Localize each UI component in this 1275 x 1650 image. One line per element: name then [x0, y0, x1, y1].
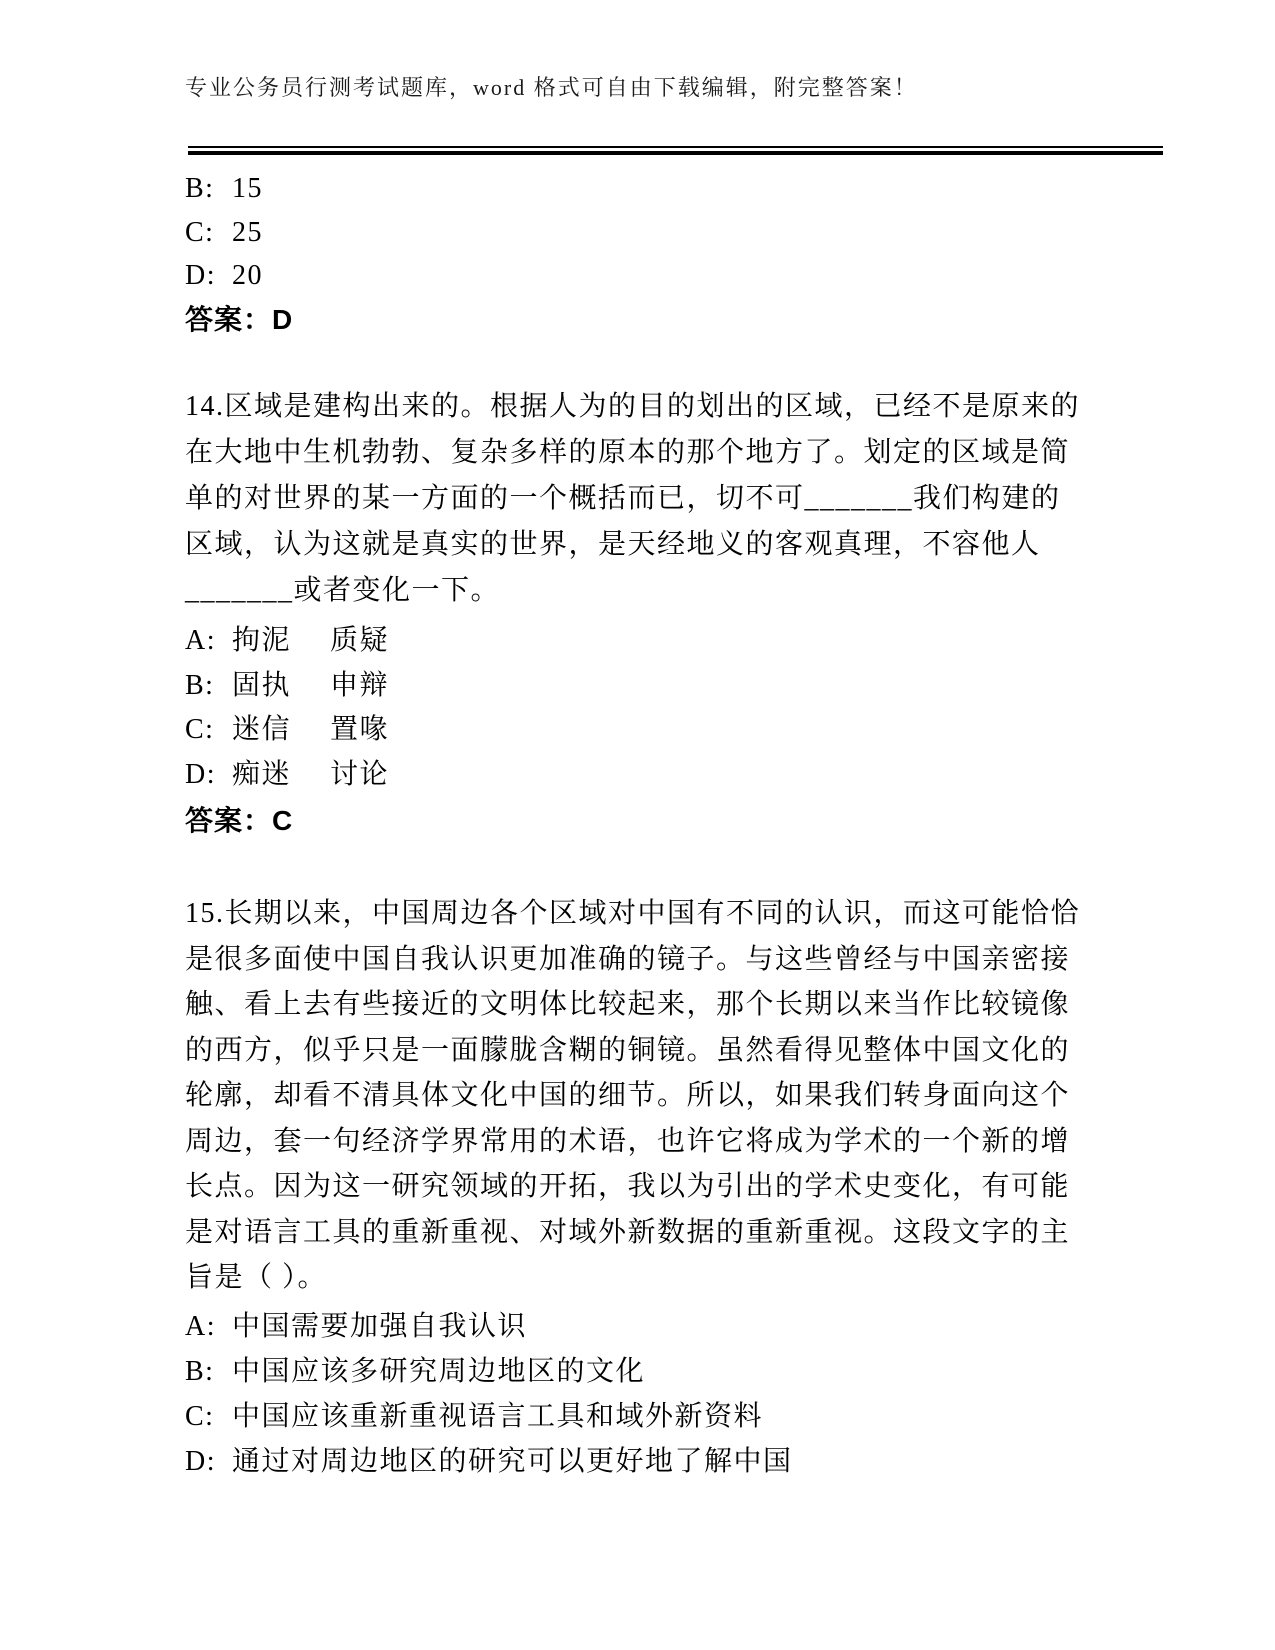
header-divider-rule: [188, 146, 1163, 155]
option-row: B: 固执 申辩: [185, 664, 1165, 709]
question-13-partial-block: B: 15 C: 25 D: 20 答案：D: [185, 167, 1165, 341]
option-row: B: 中国应该多研究周边地区的文化: [185, 1349, 1165, 1394]
option-text: 中国需要加强自我认识: [232, 1304, 527, 1349]
option-label: D:: [185, 753, 232, 798]
option-word-1: 固执: [232, 664, 330, 709]
question-body-line: 在大地中生机勃勃、复杂多样的原本的那个地方了。划定的区域是简: [185, 430, 1165, 476]
question-body-line: 单的对世界的某一方面的一个概括而已，切不可_______我们构建的: [185, 476, 1165, 522]
option-label: D:: [185, 254, 232, 298]
option-row: C: 迷信 置喙: [185, 708, 1165, 753]
question-body-line: 周边，套一句经济学界常用的术语，也许它将成为学术的一个新的增: [185, 1119, 1165, 1165]
option-label: C:: [185, 1394, 232, 1439]
option-text: 20: [232, 254, 263, 298]
answer-line: 答案：C: [185, 799, 1165, 843]
option-row: D: 痴迷 讨论: [185, 753, 1165, 798]
page-header-title: 专业公务员行测考试题库，word 格式可自由下载编辑，附完整答案！: [185, 73, 1160, 103]
option-word-2: 质疑: [330, 619, 389, 664]
question-body-line: _______或者变化一下。: [185, 568, 1165, 614]
question-body-line: 区域，认为这就是真实的世界，是天经地义的客观真理，不容他人: [185, 522, 1165, 568]
option-label: B:: [185, 1349, 232, 1394]
option-row: C: 25: [185, 211, 1165, 255]
option-label: B:: [185, 167, 232, 211]
option-text: 中国应该重新重视语言工具和域外新资料: [232, 1394, 763, 1439]
question-15-options: A: 中国需要加强自我认识 B: 中国应该多研究周边地区的文化 C: 中国应该重…: [185, 1304, 1165, 1484]
option-label: C:: [185, 211, 232, 255]
question-body-line: 14.区域是建构出来的。根据人为的目的划出的区域，已经不是原来的: [185, 384, 1165, 430]
question-body-line: 的西方，似乎只是一面朦胧含糊的铜镜。虽然看得见整体中国文化的: [185, 1028, 1165, 1074]
option-row: B: 15: [185, 167, 1165, 211]
option-row: A: 拘泥 质疑: [185, 619, 1165, 664]
question-body-line: 长点。因为这一研究领域的开拓，我以为引出的学术史变化，有可能: [185, 1164, 1165, 1210]
question-body-line: 15.长期以来，中国周边各个区域对中国有不同的认识，而这可能恰恰: [185, 891, 1165, 937]
option-row: A: 中国需要加强自我认识: [185, 1304, 1165, 1349]
question-body-line: 轮廓，却看不清具体文化中国的细节。所以，如果我们转身面向这个: [185, 1073, 1165, 1119]
answer-line: 答案：D: [185, 298, 1165, 342]
option-label: B:: [185, 664, 232, 709]
option-word-1: 拘泥: [232, 619, 330, 664]
option-text: 中国应该多研究周边地区的文化: [232, 1349, 645, 1394]
option-word-1: 迷信: [232, 708, 330, 753]
question-body-line: 是对语言工具的重新重视、对域外新数据的重新重视。这段文字的主: [185, 1210, 1165, 1256]
option-row: D: 20: [185, 254, 1165, 298]
option-label: A:: [185, 1304, 232, 1349]
option-label: D:: [185, 1439, 232, 1484]
option-text: 通过对周边地区的研究可以更好地了解中国: [232, 1439, 793, 1484]
option-text: 15: [232, 167, 263, 211]
question-body-line: 是很多面使中国自我认识更加准确的镜子。与这些曾经与中国亲密接: [185, 937, 1165, 983]
option-word-2: 讨论: [330, 753, 389, 798]
option-label: C:: [185, 708, 232, 753]
option-text: 25: [232, 211, 263, 255]
question-14-options: A: 拘泥 质疑 B: 固执 申辩 C: 迷信 置喙 D: 痴迷 讨论: [185, 619, 1165, 797]
option-label: A:: [185, 619, 232, 664]
option-word-1: 痴迷: [232, 753, 330, 798]
option-word-2: 置喙: [330, 708, 389, 753]
question-body-line: 旨是（ ）。: [185, 1255, 1165, 1301]
question-14-body: 14.区域是建构出来的。根据人为的目的划出的区域，已经不是原来的 在大地中生机勃…: [185, 384, 1165, 614]
option-word-2: 申辩: [330, 664, 389, 709]
option-row: D: 通过对周边地区的研究可以更好地了解中国: [185, 1439, 1165, 1484]
option-row: C: 中国应该重新重视语言工具和域外新资料: [185, 1394, 1165, 1439]
question-15-body: 15.长期以来，中国周边各个区域对中国有不同的认识，而这可能恰恰 是很多面使中国…: [185, 891, 1165, 1301]
question-14-answer-block: 答案：C: [185, 799, 1165, 843]
document-page: 专业公务员行测考试题库，word 格式可自由下载编辑，附完整答案！ B: 15 …: [0, 0, 1275, 1650]
question-body-line: 触、看上去有些接近的文明体比较起来，那个长期以来当作比较镜像: [185, 982, 1165, 1028]
